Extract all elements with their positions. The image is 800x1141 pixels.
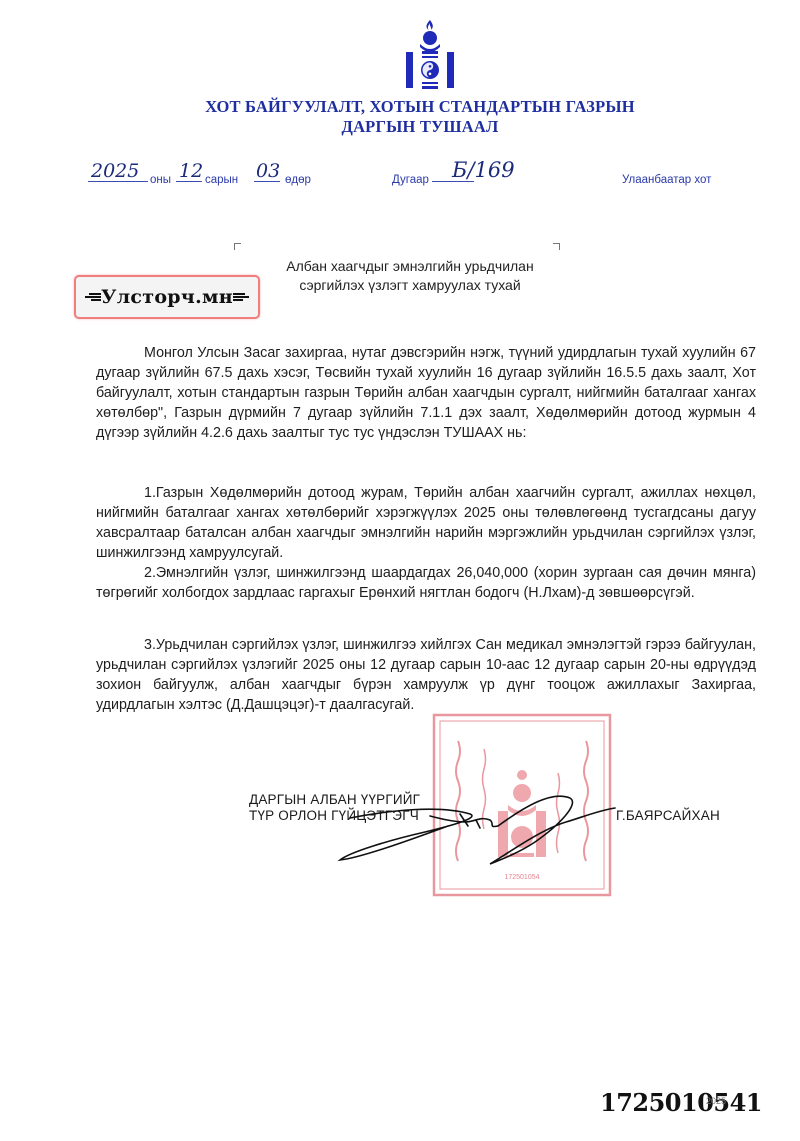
subject-heading: Албан хаагчдыг эмнэлгийн урьдчилан сэрги… xyxy=(250,257,570,295)
document-meta-row: 2025 оны 12 сарын 03 өдөр Дугаар Б/169 У… xyxy=(88,158,788,188)
wing-left-icon xyxy=(85,293,101,301)
handwritten-signature-icon xyxy=(330,780,620,870)
city-label: Улаанбаатар хот xyxy=(622,174,711,186)
soyombo-emblem-icon xyxy=(398,18,462,92)
order-item-3: 3.Урьдчилан сэргийлэх үзлэг, шинжилгээ х… xyxy=(96,635,756,715)
order-item-1: 1.Газрын Хөдөлмөрийн дотоод журам, Төрий… xyxy=(96,483,756,563)
svg-text:172501054: 172501054 xyxy=(504,874,539,881)
watermark-text: Улсторч.мн xyxy=(101,286,233,308)
month-label: сарын xyxy=(205,174,238,186)
year-handwritten: 2025 xyxy=(91,160,139,182)
subject-line-2: сэргийлэх үзлэгт хамруулах тухай xyxy=(250,276,570,295)
month-handwritten: 12 xyxy=(179,160,203,182)
document-type-title: ДАРГЫН ТУШААЛ xyxy=(20,117,800,137)
subject-corner-right xyxy=(553,243,560,250)
subject-corner-left xyxy=(234,243,241,250)
number-label: Дугаар xyxy=(392,174,429,186)
number-handwritten: Б/169 xyxy=(452,158,515,182)
subject-line-1: Албан хаагчдыг эмнэлгийн урьдчилан xyxy=(250,257,570,276)
signatory-name: Г.БАЯРСАЙХАН xyxy=(616,808,720,823)
wing-right-icon xyxy=(233,293,249,301)
organization-title: ХОТ БАЙГУУЛАЛТ, ХОТЫН СТАНДАРТЫН ГАЗРЫН xyxy=(20,97,800,117)
order-item-2: 2.Эмнэлгийн үзлэг, шинжилгээнд шаардагда… xyxy=(96,563,756,603)
serial-date-fragment: 2025 xyxy=(706,1096,726,1106)
watermark-badge: Улсторч.мн xyxy=(74,275,260,319)
document-serial-number: 1725010541 xyxy=(600,1088,762,1117)
preamble-paragraph: Монгол Улсын Засаг захиргаа, нутаг дэвсг… xyxy=(96,343,756,443)
day-handwritten: 03 xyxy=(256,160,280,182)
year-label: оны xyxy=(150,174,171,186)
day-label: өдөр xyxy=(285,174,311,186)
